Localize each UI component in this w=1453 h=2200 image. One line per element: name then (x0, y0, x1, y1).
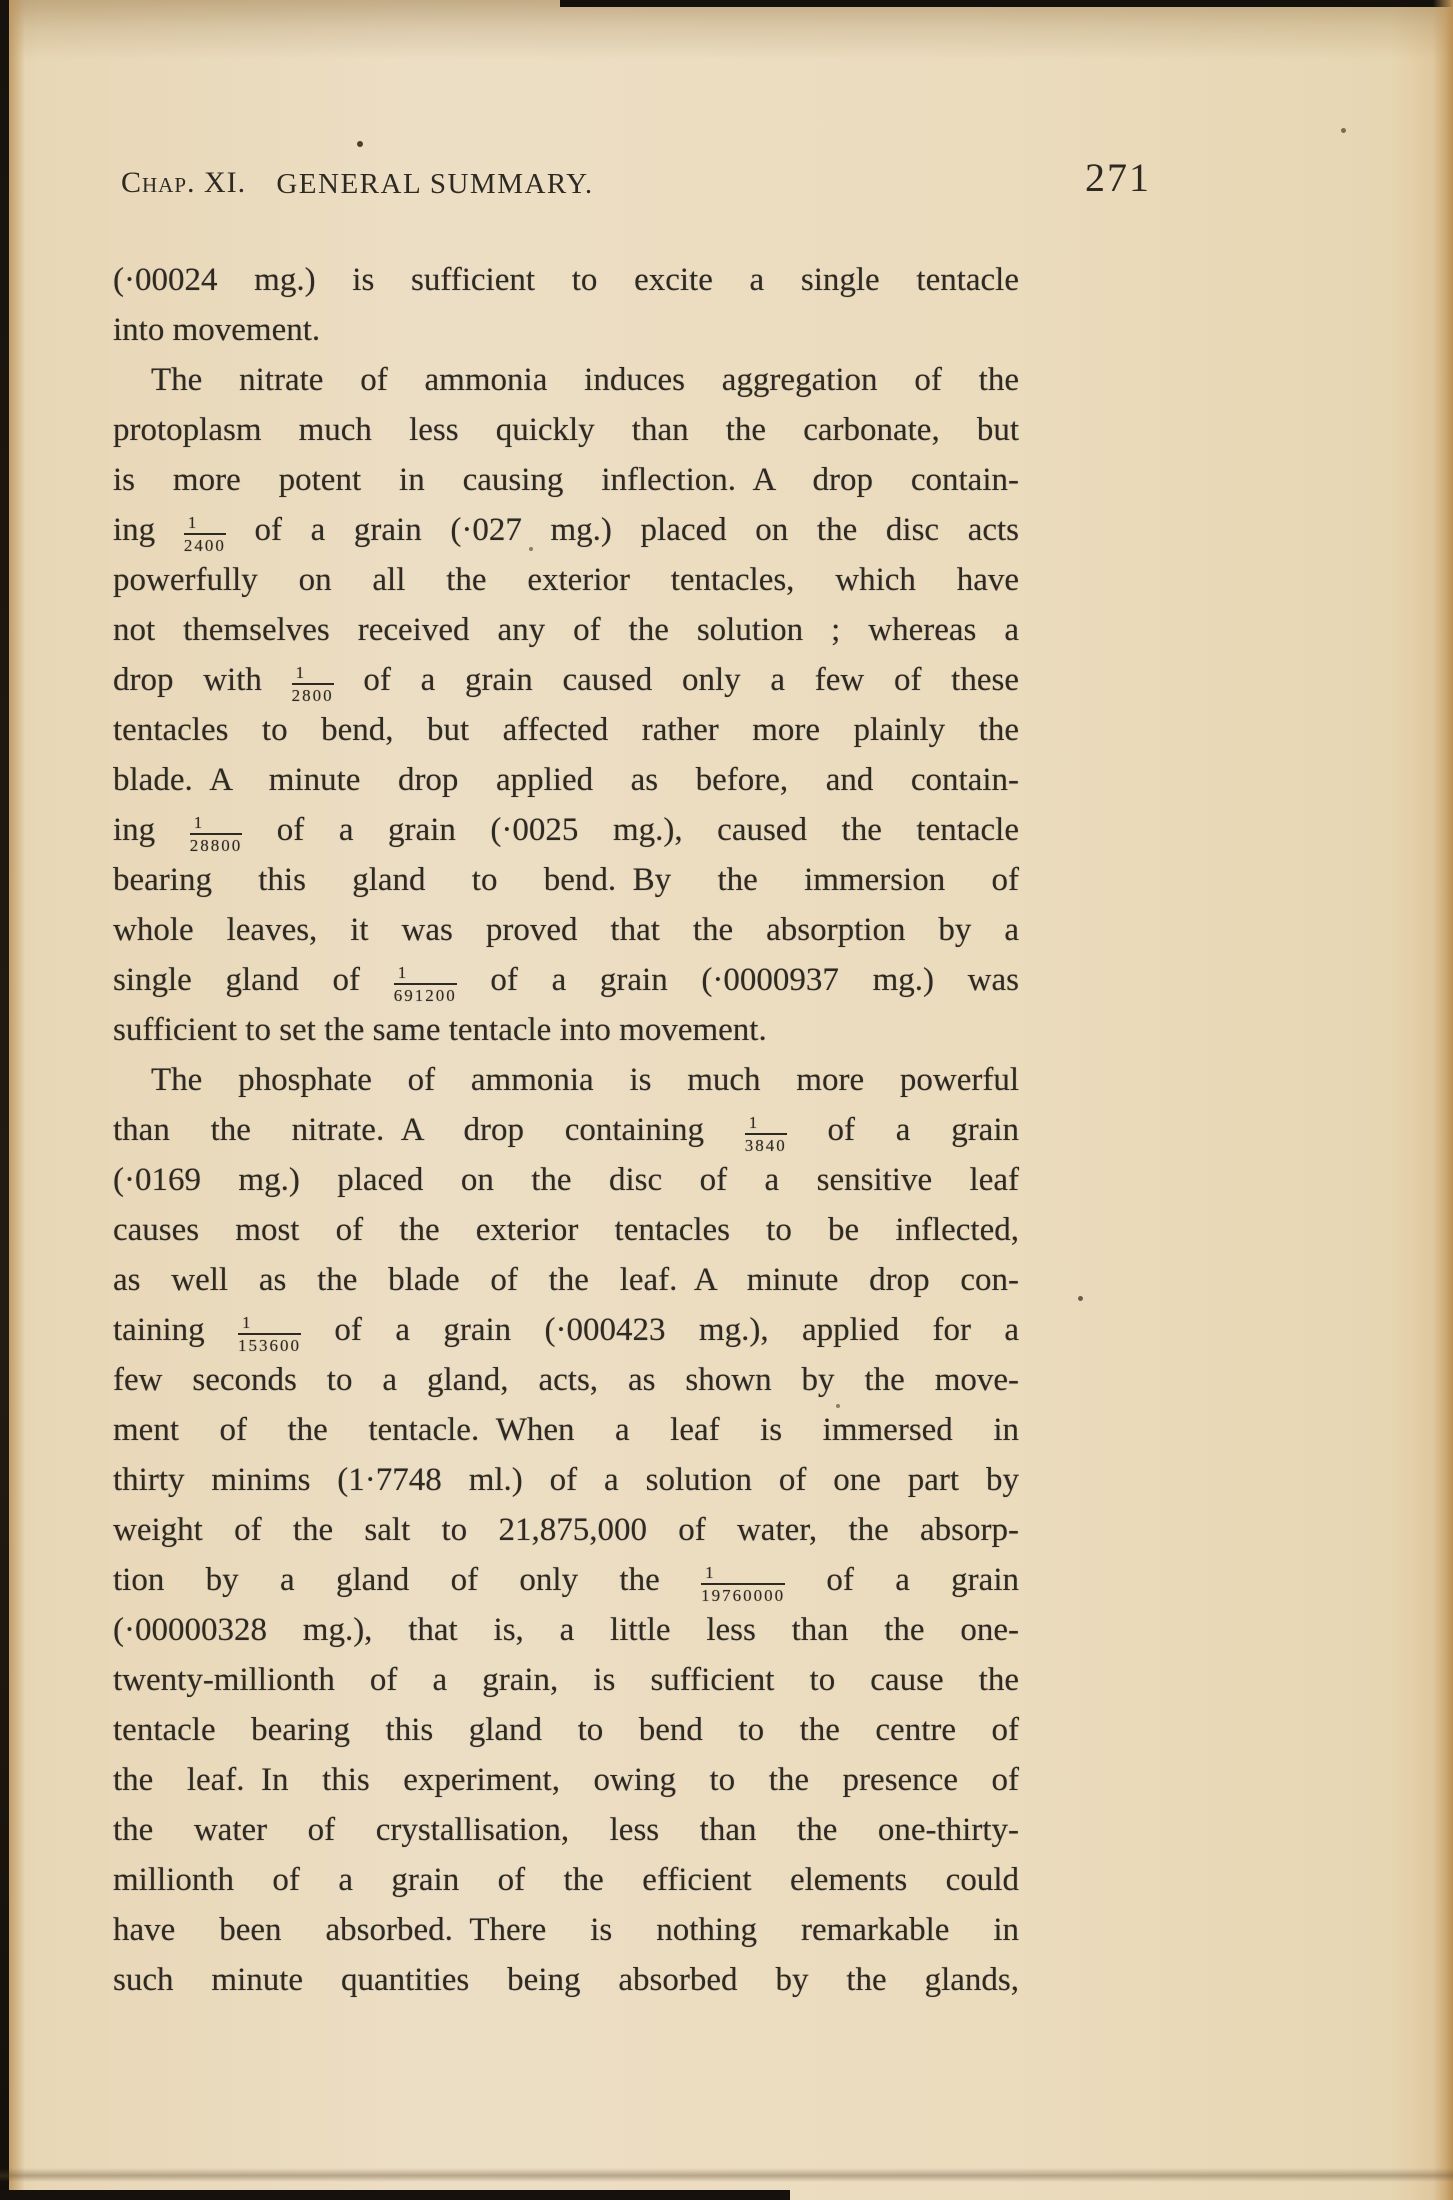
scan-page-crease (0, 2168, 1453, 2182)
fraction: 128800 (190, 814, 243, 854)
fraction: 1153600 (238, 1314, 301, 1354)
text-line: tentacle bearing this gland to bend to t… (113, 1705, 1019, 1755)
text-line: the water of crystallisation, less than … (113, 1805, 1019, 1855)
chapter-label: Chap. XI. (121, 166, 246, 200)
text-line: whole leaves, it was proved that the abs… (113, 905, 1019, 955)
scan-edge-right (1433, 0, 1453, 2200)
text-line: is more potent in causing inflection. A … (113, 455, 1019, 505)
text-line: tion by a gland of only the 119760000 of… (113, 1555, 1019, 1605)
page-speck (1341, 128, 1346, 133)
text-line: taining 1153600 of a grain (·000423 mg.)… (113, 1305, 1019, 1355)
text-line: than the nitrate. A drop containing 1384… (113, 1105, 1019, 1155)
text-line: The phosphate of ammonia is much more po… (113, 1055, 1019, 1105)
page-speck (357, 141, 363, 147)
text-line: thirty minims (1·7748 ml.) of a solution… (113, 1455, 1019, 1505)
text-line: blade. A minute drop applied as before, … (113, 755, 1019, 805)
scan-gutter-shadow (9, 0, 25, 2200)
text-line: protoplasm much less quickly than the ca… (113, 405, 1019, 455)
text-line: weight of the salt to 21,875,000 of wate… (113, 1505, 1019, 1555)
fraction: 1691200 (394, 964, 457, 1004)
scan-top-shading (0, 0, 1453, 60)
text-line: powerfully on all the exterior tentacles… (113, 555, 1019, 605)
text-line: sufficient to set the same tentacle into… (113, 1005, 1019, 1055)
text-line: as well as the blade of the leaf. A minu… (113, 1255, 1019, 1305)
text-line: not themselves received any of the solut… (113, 605, 1019, 655)
text-line: twenty-millionth of a grain, is sufficie… (113, 1655, 1019, 1705)
running-title: GENERAL SUMMARY. (276, 167, 593, 201)
text-line: millionth of a grain of the efficient el… (113, 1855, 1019, 1905)
text-line: such minute quantities being absorbed by… (113, 1955, 1019, 2005)
fraction: 12800 (292, 664, 334, 704)
text-line: tentacles to bend, but affected rather m… (113, 705, 1019, 755)
fraction: 12400 (184, 514, 226, 554)
scan-edge-top (560, 0, 1453, 7)
text-line: drop with 12800 of a grain caused only a… (113, 655, 1019, 705)
book-page: Chap. XI. GENERAL SUMMARY. 271 (·00024 m… (0, 0, 1453, 2200)
text-line: have been absorbed. There is nothing rem… (113, 1905, 1019, 1955)
fraction: 13840 (745, 1114, 787, 1154)
text-line: few seconds to a gland, acts, as shown b… (113, 1355, 1019, 1405)
text-line: ing 12400 of a grain (·027 mg.) placed o… (113, 505, 1019, 555)
text-line: ment of the tentacle. When a leaf is imm… (113, 1405, 1019, 1455)
page-speck (1078, 1296, 1083, 1301)
text-line: causes most of the exterior tentacles to… (113, 1205, 1019, 1255)
text-line: The nitrate of ammonia induces aggregati… (113, 355, 1019, 405)
text-line: single gland of 1691200 of a grain (·000… (113, 955, 1019, 1005)
fraction: 119760000 (701, 1564, 785, 1604)
page-number: 271 (1085, 155, 1151, 201)
page-body: (·00024 mg.) is sufficient to excite a s… (113, 255, 1019, 2005)
text-line: (·0169 mg.) placed on the disc of a sens… (113, 1155, 1019, 1205)
text-line: ing 128800 of a grain (·0025 mg.), cause… (113, 805, 1019, 855)
scan-edge-left (0, 0, 9, 2200)
text-line: into movement. (113, 305, 1019, 355)
text-line: bearing this gland to bend. By the immer… (113, 855, 1019, 905)
scan-edge-bottom (0, 2190, 790, 2200)
text-line: the leaf. In this experiment, owing to t… (113, 1755, 1019, 1805)
text-line: (·00000328 mg.), that is, a little less … (113, 1605, 1019, 1655)
text-line: (·00024 mg.) is sufficient to excite a s… (113, 255, 1019, 305)
